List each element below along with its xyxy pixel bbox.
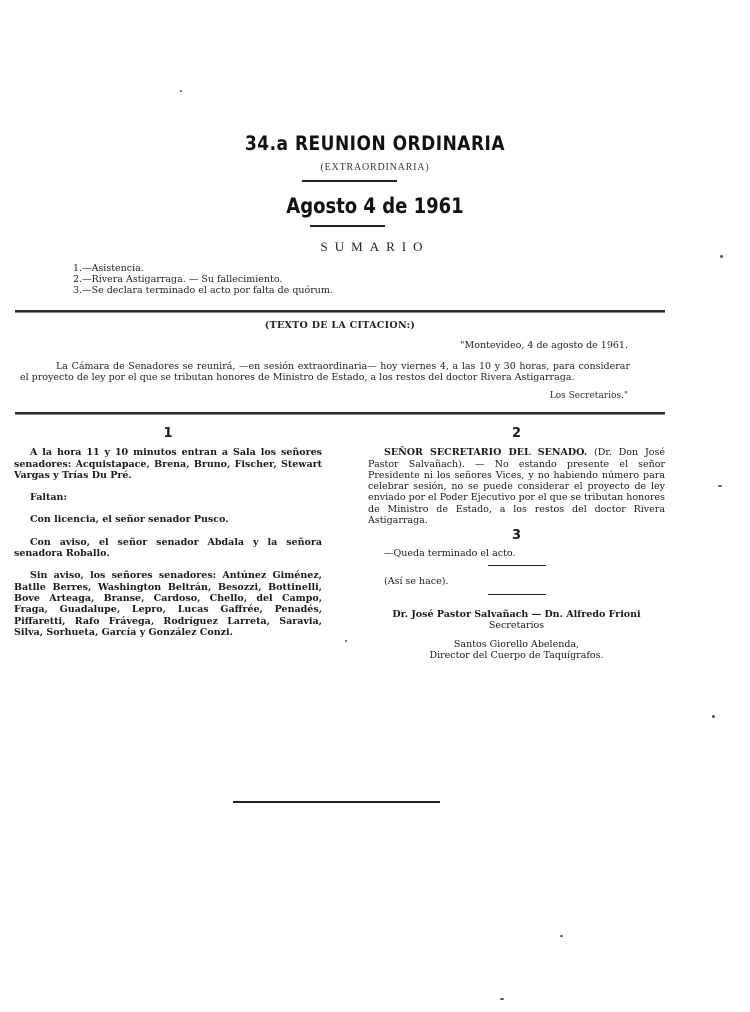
session-title: 34.a REUNION ORDINARIA	[0, 133, 750, 156]
date-divider	[310, 225, 385, 227]
secretaries-title: Secretarios	[368, 620, 665, 631]
secretaries-names: Dr. José Pastor Salvañach — Dn. Alfredo …	[368, 609, 665, 620]
scan-speck	[560, 935, 563, 937]
attendance-text: A la hora 11 y 10 minutos entran a Sala …	[14, 447, 322, 481]
section-number: 1	[14, 428, 322, 439]
section-number: 3	[368, 530, 665, 541]
citation-heading: (TEXTO DE LA CITACION:)	[0, 320, 680, 331]
section-divider	[15, 412, 665, 415]
closing-text: —Queda terminado el acto.	[368, 548, 665, 559]
left-column: 1 A la hora 11 y 10 minutos entran a Sal…	[14, 428, 322, 649]
end-divider	[233, 801, 440, 803]
section-divider	[15, 310, 665, 313]
citation-place-date: "Montevideo, 4 de agosto de 1961.	[460, 340, 628, 351]
with-license-text: Con licencia, el señor senador Pusco.	[14, 514, 322, 525]
scan-speck	[718, 485, 722, 487]
session-date: Agosto 4 de 1961	[0, 194, 750, 219]
with-notice-text: Con aviso, el señor senador Abdala y la …	[14, 537, 322, 560]
director-name: Santos Giorello Abelenda,	[368, 639, 665, 650]
without-notice-text: Sin aviso, los señores senadores: Antúne…	[14, 570, 322, 638]
scan-speck	[500, 998, 504, 1000]
director-title: Director del Cuerpo de Taquígrafos.	[368, 650, 665, 661]
scan-speck	[720, 255, 723, 258]
scan-speck	[180, 90, 182, 92]
title-divider	[302, 180, 397, 182]
done-divider	[488, 594, 546, 596]
scan-speck	[712, 715, 715, 718]
summary-item: 1.—Asistencia.	[73, 263, 333, 274]
speaker-label: SEÑOR SECRETARIO DEL SENADO.	[384, 447, 587, 458]
summary-list: 1.—Asistencia. 2.—Rivera Astigarraga. — …	[73, 263, 333, 296]
summary-item: 2.—Rivera Astigarraga. — Su fallecimient…	[73, 274, 333, 285]
scan-speck	[345, 640, 347, 642]
right-column: 2 SEÑOR SECRETARIO DEL SENADO. (Dr. Don …	[368, 428, 665, 661]
summary-item: 3.—Se declara terminado el acto por falt…	[73, 285, 333, 296]
secretary-statement: SEÑOR SECRETARIO DEL SENADO. (Dr. Don Jo…	[368, 447, 665, 526]
closing-divider	[488, 565, 546, 567]
absent-label: Faltan:	[14, 492, 322, 503]
section-number: 2	[368, 428, 665, 439]
citation-body: La Cámara de Senadores se reunirá, —en s…	[20, 361, 630, 383]
session-subtitle: (EXTRAORDINARIA)	[0, 162, 750, 173]
summary-heading: SUMARIO	[0, 239, 750, 255]
statement-text: (Dr. Don José Pastor Salvañach). — No es…	[368, 447, 665, 526]
citation-signature: Los Secretarios."	[550, 391, 628, 401]
done-text: (Así se hace).	[368, 576, 665, 587]
